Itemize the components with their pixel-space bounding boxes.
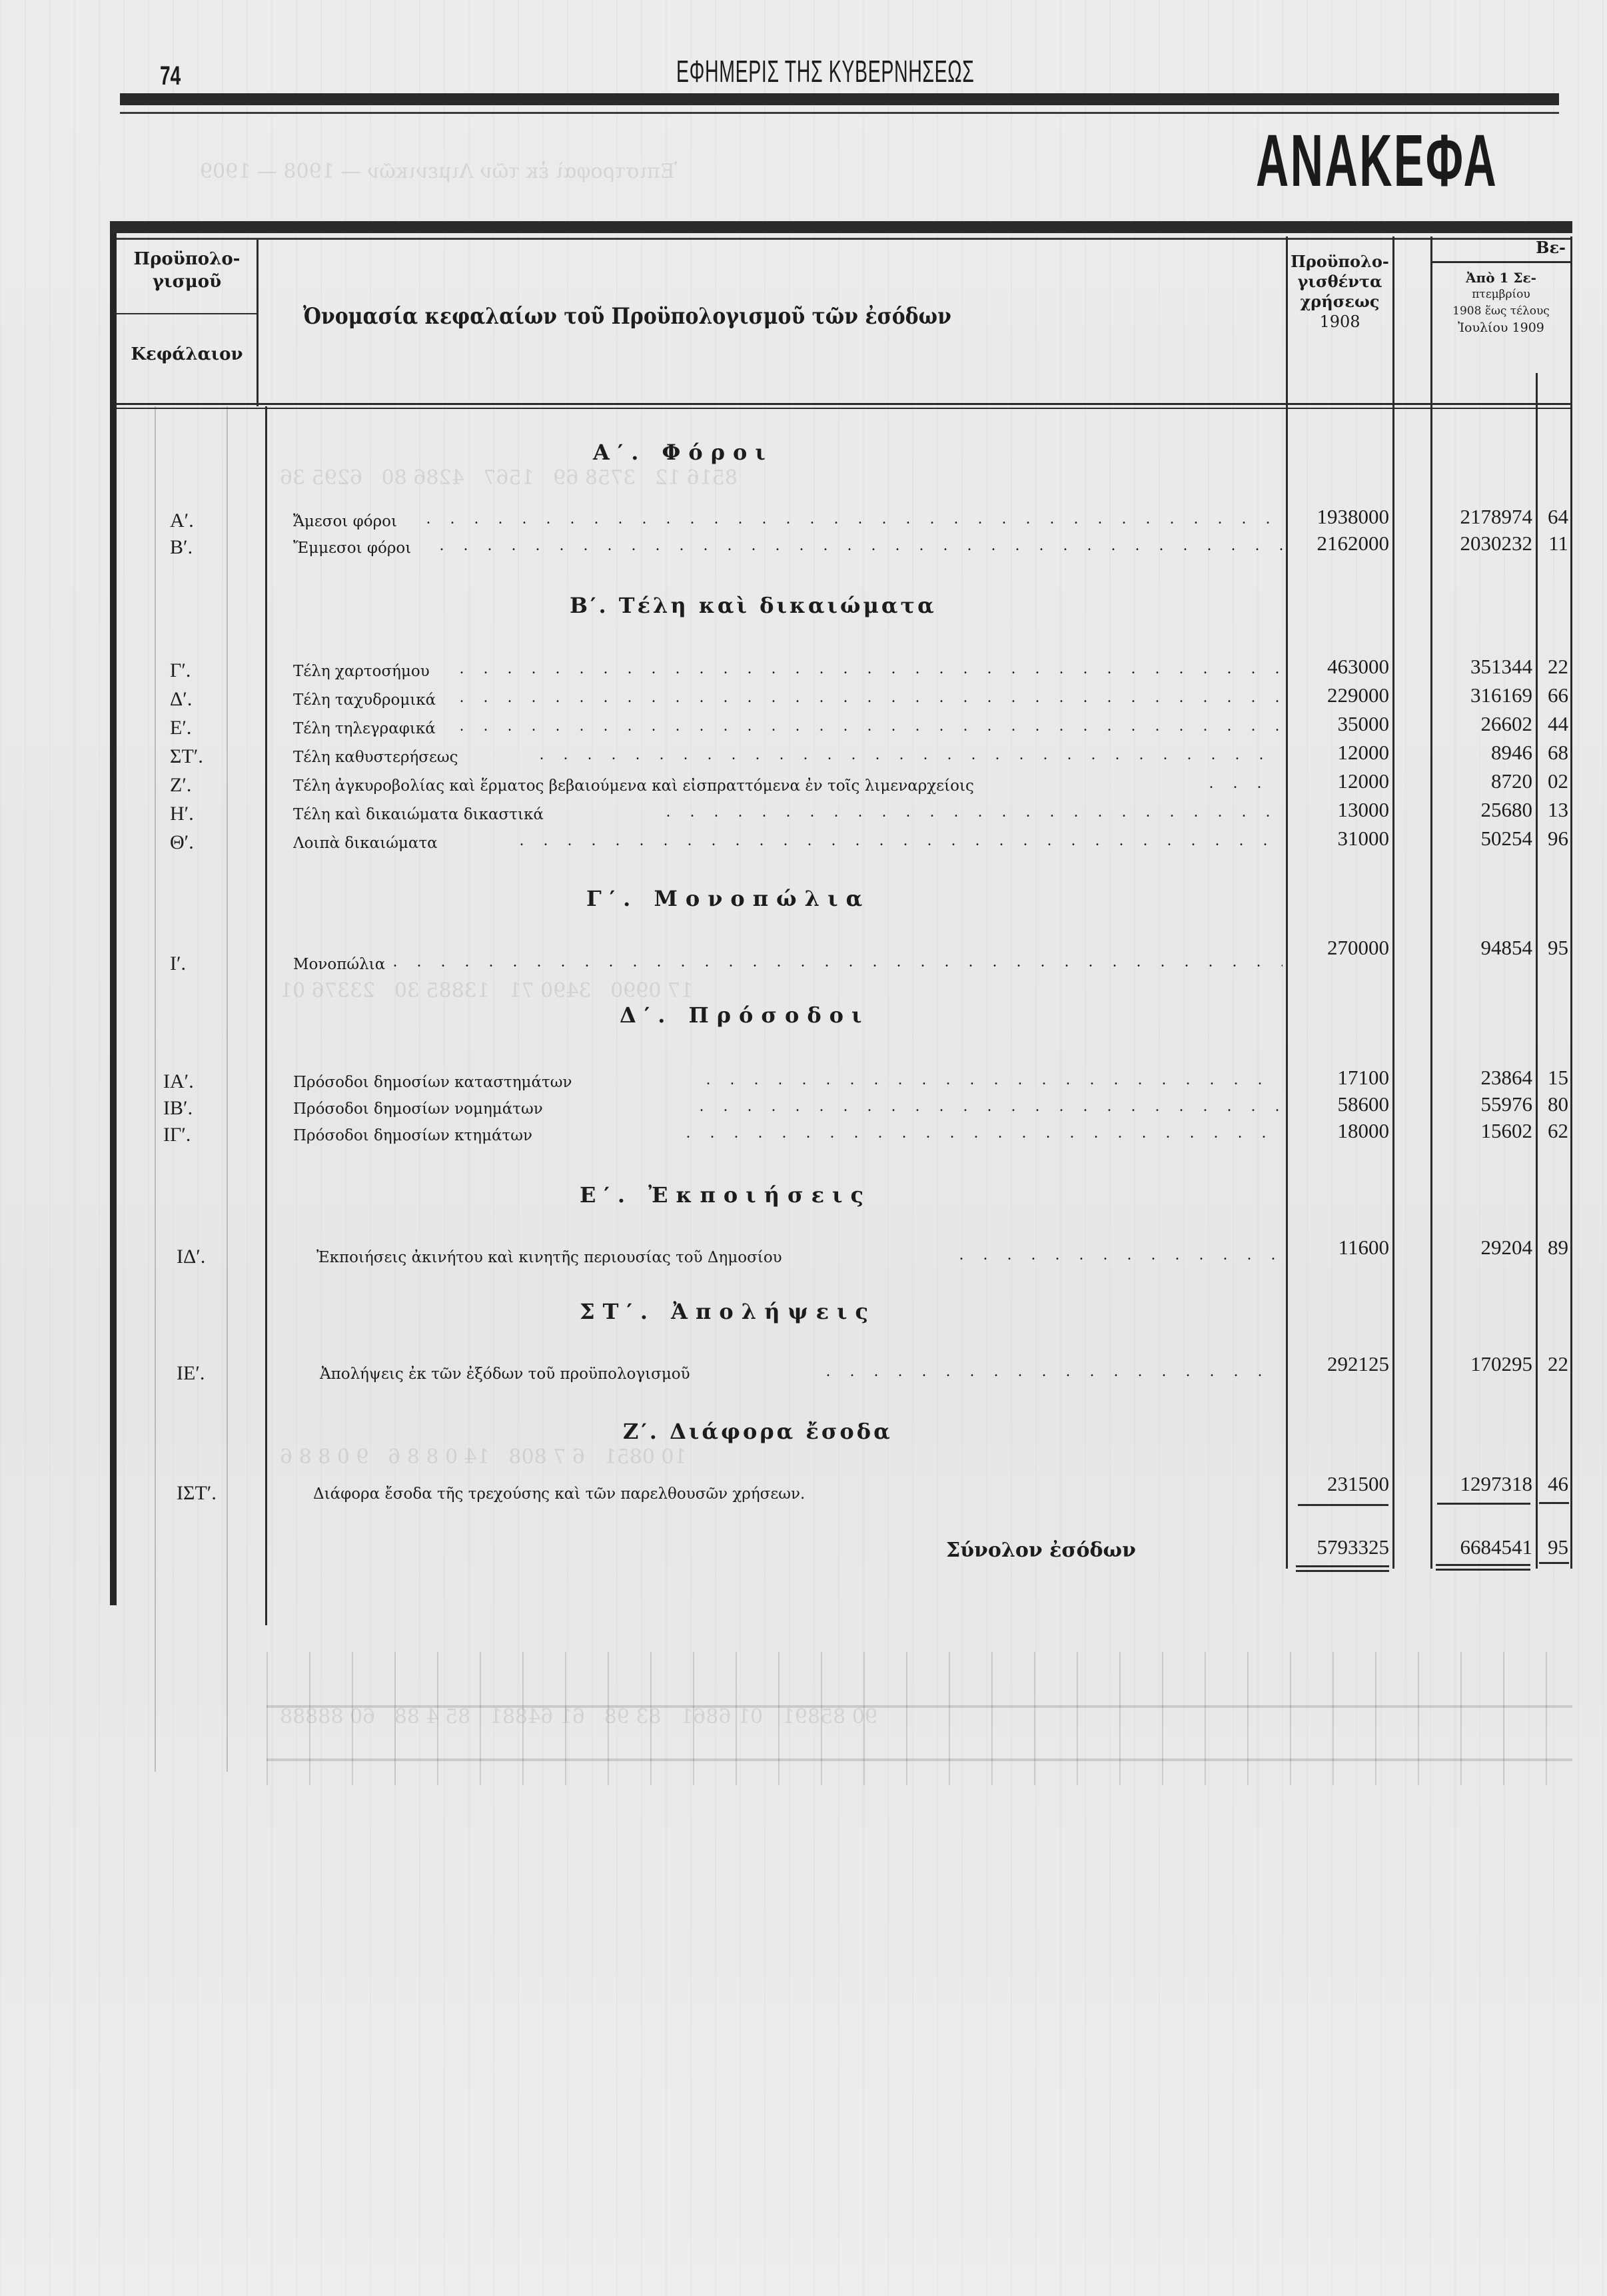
budgeted-value: 463000 [1289, 655, 1389, 679]
leader-dots: . . . . . . . . . . . . . . . . . . . . … [520, 832, 1283, 850]
actual-value: 170295 [1432, 1352, 1532, 1376]
total-label: Σύνολον ἐσόδων [946, 1539, 1136, 1562]
header-budgeted-line: χρήσεως [1289, 292, 1391, 312]
row-label: Πρόσοδοι δημοσίων κτημάτων [293, 1127, 532, 1144]
actual-cents: 46 [1538, 1472, 1568, 1496]
total-double-rule [1296, 1565, 1389, 1567]
chapter-code: ΙΒ′. [163, 1097, 193, 1120]
header-actual-column: Ἀπὸ 1 Σε- πτεμβρίου 1908 ἕως τέλους Ἰουλ… [1432, 270, 1570, 336]
row-label: Πρόσοδοι δημοσίων καταστημάτων [293, 1074, 572, 1091]
row-label: Λοιπὰ δικαιώματα [293, 835, 438, 852]
total-cents: 95 [1538, 1535, 1568, 1559]
actual-value: 94854 [1432, 936, 1532, 960]
bleed-through-text: 8516 12 3758 69 1567 4286 80 6295 36 [280, 466, 738, 490]
actual-value: 351344 [1432, 655, 1532, 679]
row-label: Ἔμμεσοι φόροι [293, 540, 411, 557]
section-heading: Γ′. Μονοπώλια [586, 886, 870, 911]
budgeted-value: 270000 [1289, 936, 1389, 960]
actual-value: 23864 [1432, 1066, 1532, 1090]
row-label: Μονοπώλια [293, 956, 385, 973]
column-divider [265, 406, 267, 1625]
budgeted-value: 12000 [1289, 741, 1389, 765]
row-label: Τέλη καθυστερήσεως [293, 749, 458, 766]
row-label: Διάφορα ἔσοδα τῆς τρεχούσης καὶ τῶν παρε… [313, 1485, 805, 1503]
header-actual-group: Βε- [1466, 236, 1566, 259]
row-label: Τέλη χαρτοσήμου [293, 663, 430, 680]
chapter-code: ΙΑ′. [163, 1070, 194, 1093]
section-heading: Δ′. Πρόσοδοι [620, 1002, 870, 1028]
leader-dots: . . . . . . . . . . . . . . . . . . . . … [460, 717, 1283, 735]
column-divider [155, 406, 156, 1772]
chapter-code: ΙΔ′. [177, 1246, 205, 1268]
leader-dots: . . . . . . . . . . . . . . . . . . . . … [540, 746, 1283, 764]
budgeted-value: 1938000 [1289, 505, 1389, 529]
leader-dots: . . . . . . . . . . . . . . . . . . . . … [666, 803, 1283, 821]
actual-cents: 44 [1538, 712, 1568, 736]
actual-cents: 02 [1538, 769, 1568, 793]
masthead-title: ΕΦΗΜΕΡΙΣ ΤΗΣ ΚΥΒΕΡΝΗΣΕΩΣ [676, 53, 975, 89]
row-label: Πρόσοδοι δημοσίων νομημάτων [293, 1100, 543, 1118]
actual-cents: 68 [1538, 741, 1568, 765]
chapter-code: Ζ′. [170, 774, 191, 797]
header-thick-rule [110, 221, 1572, 233]
chapter-code: ΙΣΤ′. [177, 1482, 217, 1505]
chapter-code: ΣΤ′. [170, 745, 203, 768]
leader-dots: . . . [1209, 775, 1283, 793]
actual-cents: 62 [1538, 1119, 1568, 1143]
actual-cents: 96 [1538, 827, 1568, 851]
bleed-through-text: Ἐπιστροφαὶ ἐκ τῶν Λιμενικῶν — 1908 — 190… [200, 160, 677, 183]
row-label: Τέλη ἀγκυροβολίας καὶ ἕρματος βεβαιούμεν… [293, 777, 974, 795]
bleed-through-text: 10 0851 6 7 808 14 0 8 8 6 9 0 8 8 6 [280, 1445, 687, 1469]
chapter-code: ΙΕ′. [177, 1362, 205, 1385]
header-bottom-rule [117, 403, 1572, 405]
header-divider [117, 313, 257, 314]
actual-cents: 95 [1538, 936, 1568, 960]
header-actual-line: 1908 ἕως τέλους [1432, 303, 1570, 320]
header-actual-line: Ἰουλίου 1909 [1432, 320, 1570, 336]
leader-dots: . . . . . . . . . . . . . . . . . . . . … [393, 953, 1283, 971]
actual-value: 2030232 [1432, 532, 1532, 556]
actual-value: 55976 [1432, 1092, 1532, 1116]
budgeted-value: 13000 [1289, 798, 1389, 822]
leader-dots: . . . . . . . . . . . . . . . . . . . . … [826, 1363, 1283, 1381]
row-label: Ἄμεσοι φόροι [293, 513, 397, 530]
chapter-code: Θ′. [170, 831, 194, 854]
chapter-code: Δ′. [170, 688, 192, 711]
budgeted-value: 292125 [1289, 1352, 1389, 1376]
budgeted-value: 231500 [1289, 1472, 1389, 1496]
actual-cents: 22 [1538, 1352, 1568, 1376]
subtotal-rule [1298, 1504, 1388, 1506]
section-heading: Α′. Φόροι [593, 440, 774, 465]
actual-cents: 64 [1538, 505, 1568, 529]
subtotal-rule [1539, 1502, 1569, 1504]
actual-value: 8720 [1432, 769, 1532, 793]
header-budgeted-column: Προϋπολο- γισθέντα χρήσεως 1908 [1289, 252, 1391, 332]
faint-rule [267, 1705, 1572, 1708]
leader-dots: . . . . . . . . . . . . . . . . . . . . … [460, 660, 1283, 678]
budgeted-value: 11600 [1289, 1236, 1389, 1260]
column-divider [257, 240, 259, 406]
leader-dots: . . . . . . . . . . . . . . . [959, 1246, 1283, 1264]
header-name-column: Ὀνομασία κεφαλαίων τοῦ Προϋπολογισμοῦ τῶ… [303, 303, 951, 330]
header-divider [1430, 261, 1570, 263]
budgeted-value: 17100 [1289, 1066, 1389, 1090]
column-divider-budgeted-left [1286, 236, 1288, 1569]
actual-cents: 66 [1538, 683, 1568, 707]
header-budgeted-line: γισθέντα [1289, 272, 1391, 292]
faint-rule [267, 1758, 1572, 1761]
actual-cents: 13 [1538, 798, 1568, 822]
top-thick-rule [120, 93, 1559, 105]
column-divider-budgeted-right [1392, 236, 1394, 1569]
actual-value: 26602 [1432, 712, 1532, 736]
header-chapter-label: Κεφάλαιον [131, 344, 243, 364]
budgeted-value: 31000 [1289, 827, 1389, 851]
actual-value: 316169 [1432, 683, 1532, 707]
chapter-code: ΙΓ′. [163, 1124, 191, 1146]
row-label: Ἐκποιήσεις ἀκινήτου καὶ κινητῆς περιουσί… [316, 1249, 782, 1266]
table-right-border [1570, 236, 1572, 1569]
row-label: Τέλη ταχυδρομικά [293, 691, 436, 709]
leader-dots: . . . . . . . . . . . . . . . . . . . . … [426, 510, 1283, 528]
budgeted-value: 58600 [1289, 1092, 1389, 1116]
section-heading: Ζ′. Διάφορα ἔσοδα [623, 1419, 893, 1444]
actual-value: 8946 [1432, 741, 1532, 765]
top-thin-rule [120, 112, 1559, 114]
total-double-rule [1436, 1569, 1530, 1571]
total-actual: 6684541 [1432, 1535, 1532, 1559]
leader-dots: . . . . . . . . . . . . . . . . . . . . … [700, 1098, 1283, 1116]
header-budgeted-line: Προϋπολο- [1289, 252, 1391, 272]
section-heading: Ε′. Ἐκποιήσεις [580, 1182, 871, 1208]
actual-cents: 89 [1538, 1236, 1568, 1260]
actual-cents: 11 [1538, 532, 1568, 556]
bleed-through-text: 17 0990 3490 71 13885 30 23376 01 [280, 979, 693, 1002]
actual-cents: 22 [1538, 655, 1568, 679]
total-double-rule [1296, 1570, 1389, 1572]
row-label: Τέλη καὶ δικαιώματα δικαστικά [293, 806, 544, 823]
column-divider [227, 406, 228, 1772]
budgeted-value: 2162000 [1289, 532, 1389, 556]
actual-value: 25680 [1432, 798, 1532, 822]
header-bottom-rule [117, 408, 1572, 409]
header-actual-line: Ἀπὸ 1 Σε- [1432, 270, 1570, 286]
section-heading: Β′. Τέλη καὶ δικαιώματα [570, 593, 937, 618]
row-label: Τέλη τηλεγραφικά [293, 720, 436, 737]
faint-grid [267, 1652, 1572, 1785]
chapter-code: Η′. [170, 803, 194, 825]
chapter-code: Ε′. [170, 717, 191, 739]
budgeted-value: 18000 [1289, 1119, 1389, 1143]
banner-title: ΑΝΑΚΕΦΑ [1256, 119, 1498, 203]
leader-dots: . . . . . . . . . . . . . . . . . . . . … [686, 1124, 1283, 1142]
leader-dots: . . . . . . . . . . . . . . . . . . . . … [440, 537, 1283, 555]
actual-value: 2178974 [1432, 505, 1532, 529]
total-double-rule [1436, 1564, 1530, 1566]
total-double-rule [1539, 1562, 1569, 1564]
header-budgeted-year: 1908 [1289, 312, 1391, 332]
actual-cents: 15 [1538, 1066, 1568, 1090]
header-chapter: Κεφάλαιον [119, 343, 255, 366]
chapter-code: Γ′. [170, 659, 191, 682]
actual-value: 15602 [1432, 1119, 1532, 1143]
total-budgeted: 5793325 [1289, 1535, 1389, 1559]
leader-dots: . . . . . . . . . . . . . . . . . . . . … [706, 1071, 1283, 1089]
header-thin-rule [117, 238, 1572, 240]
subtotal-rule [1437, 1503, 1530, 1505]
header-actual-line: πτεμβρίου [1432, 286, 1570, 303]
section-heading: ΣΤ′. Ἀπολήψεις [580, 1299, 876, 1324]
actual-value: 50254 [1432, 827, 1532, 851]
chapter-code: Α′. [170, 510, 194, 532]
actual-value: 29204 [1432, 1236, 1532, 1260]
budgeted-value: 229000 [1289, 683, 1389, 707]
budgeted-value: 35000 [1289, 712, 1389, 736]
header-budget-chapter: Προϋπολο-γισμοῦ [119, 248, 255, 293]
actual-value: 1297318 [1432, 1472, 1532, 1496]
row-label: Ἀπολήψεις ἐκ τῶν ἐξόδων τοῦ προϋπολογισμ… [320, 1365, 690, 1383]
chapter-code: Β′. [170, 536, 193, 559]
page-number: 74 [160, 61, 181, 91]
actual-cents: 80 [1538, 1092, 1568, 1116]
leader-dots: . . . . . . . . . . . . . . . . . . . . … [460, 689, 1283, 707]
header-budget-label: Προϋπολο-γισμοῦ [134, 249, 241, 292]
budgeted-value: 12000 [1289, 769, 1389, 793]
table-left-border [110, 233, 117, 1605]
chapter-code: Ι′. [170, 953, 186, 975]
